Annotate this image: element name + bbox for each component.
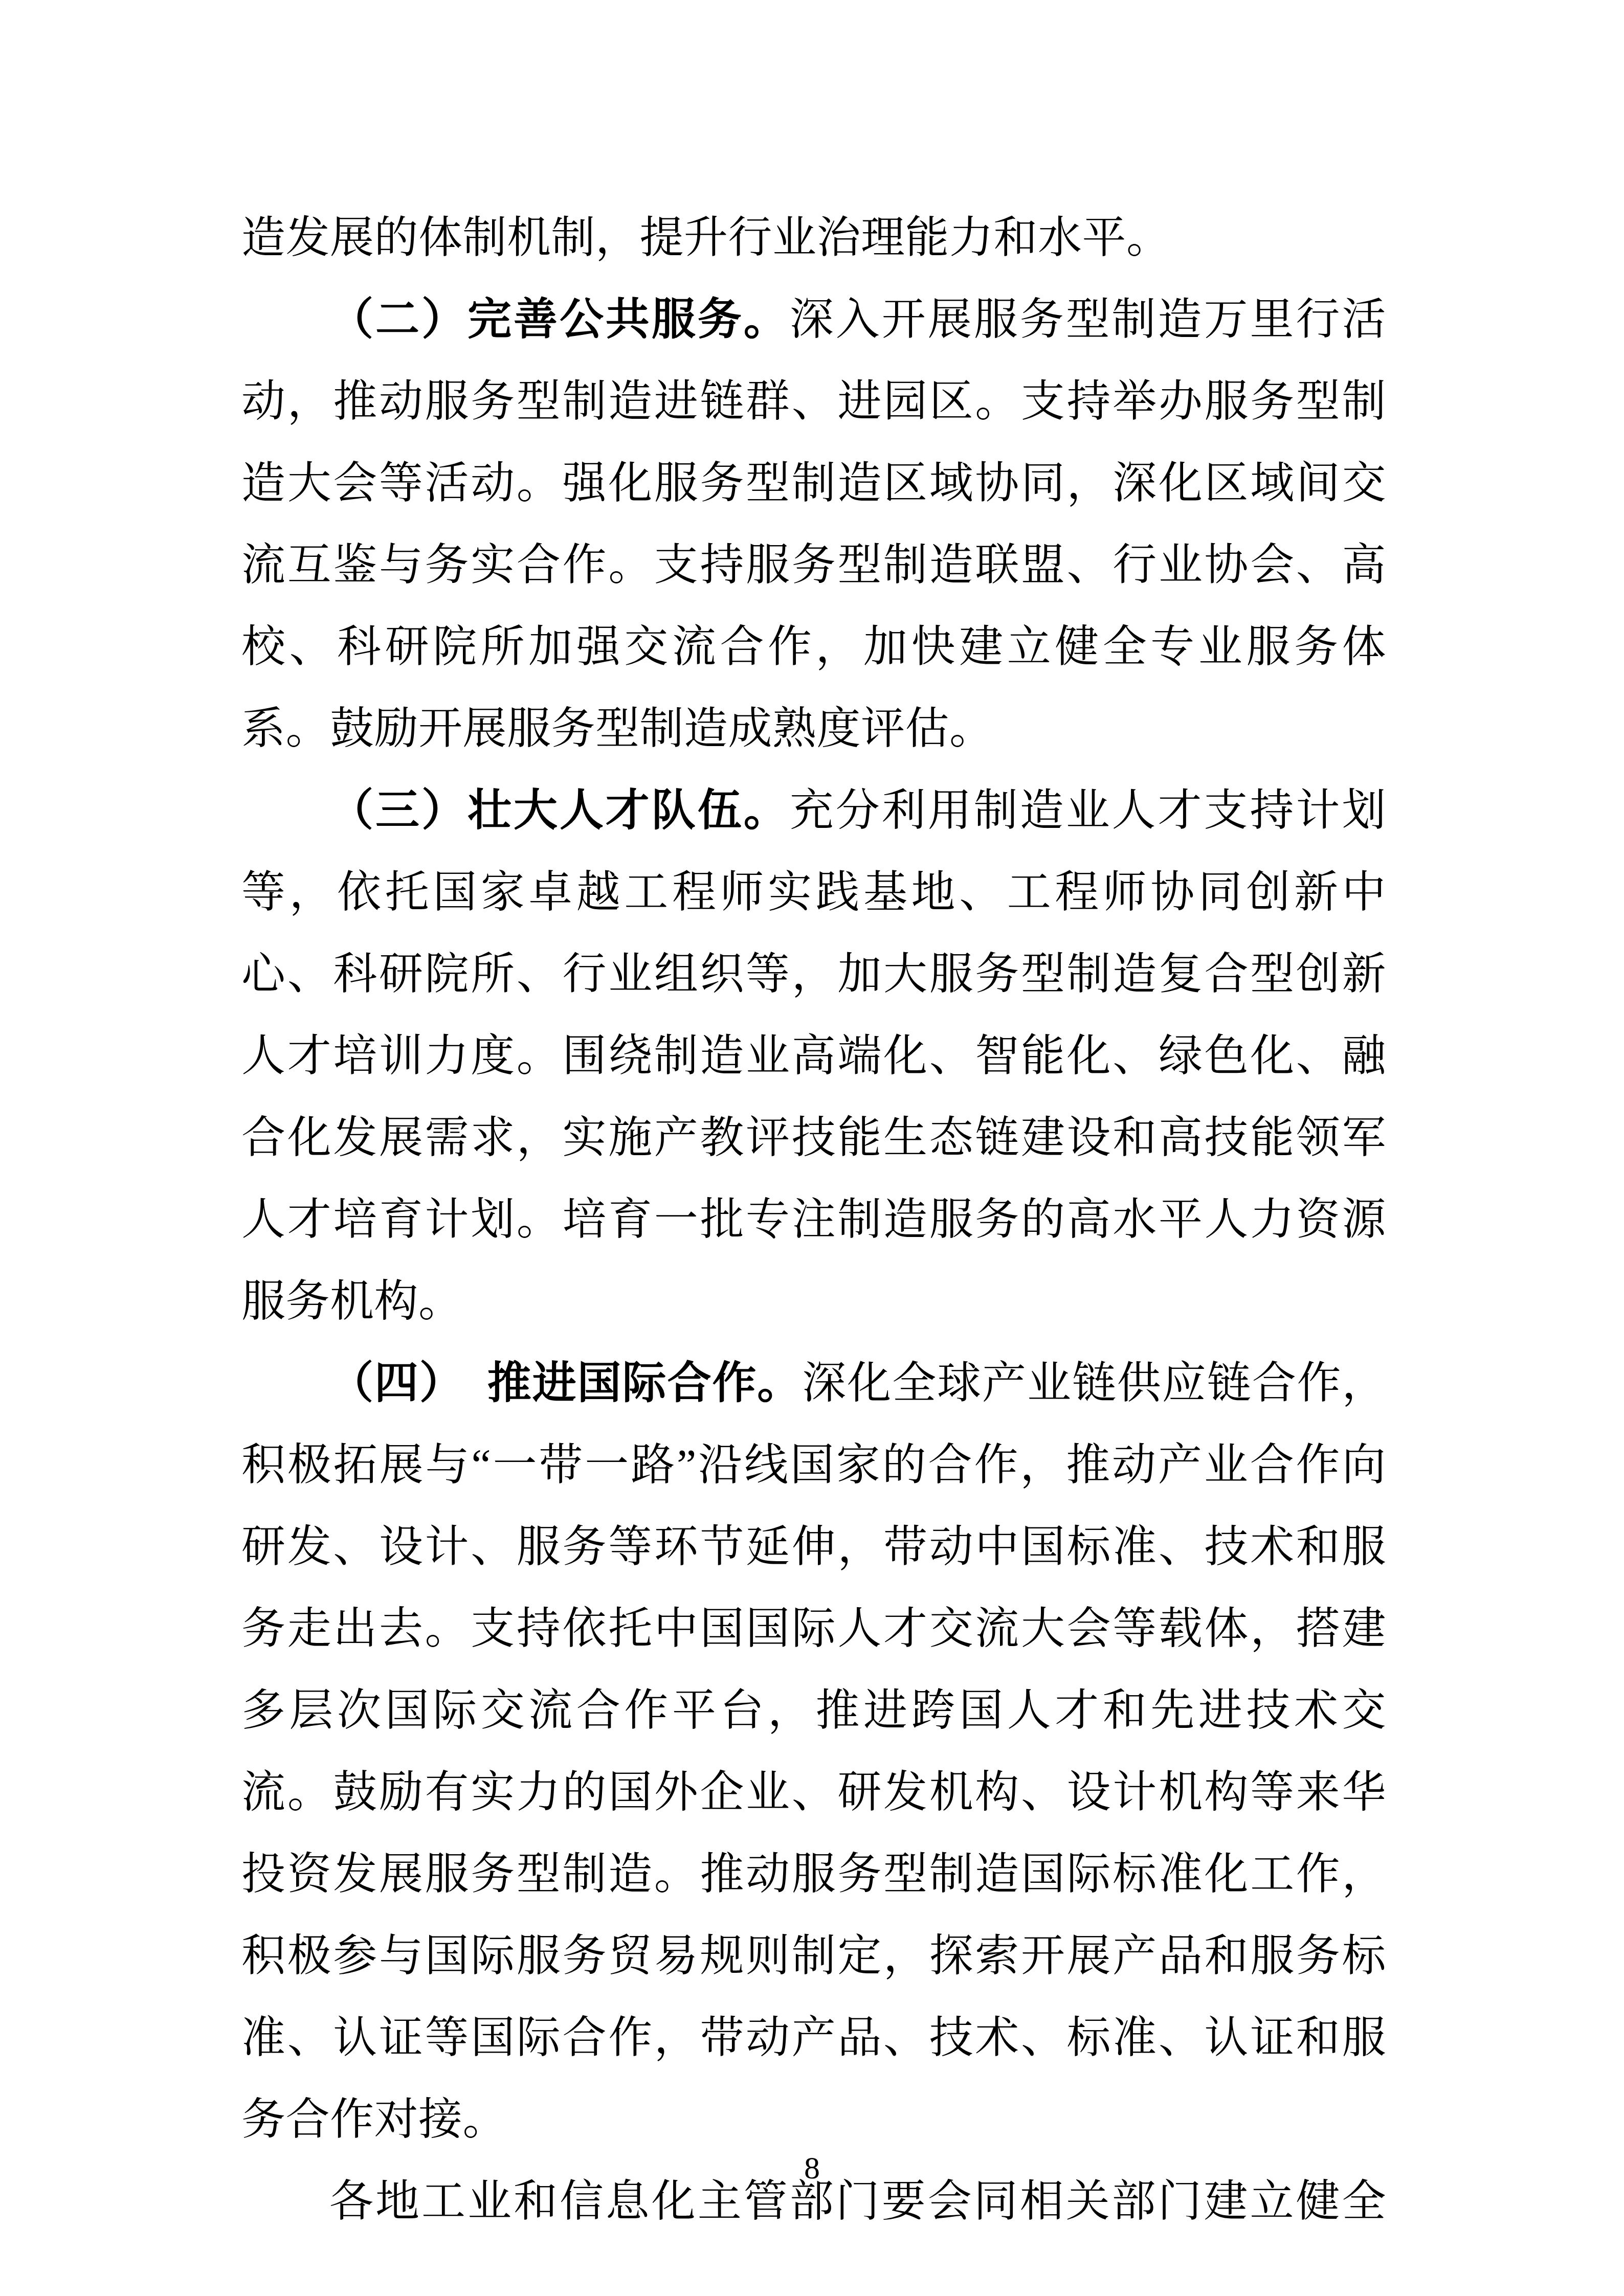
paragraph-text: 深入开展服务型制造万里行活动，推动服务型制造进链群、进园区。支持举办服务型制造大…	[241, 295, 1386, 753]
paragraph: （四） 推进国际合作。深化全球产业链供应链合作，积极拓展与“一带一路”沿线国家的…	[241, 1342, 1386, 2160]
document-page: 造发展的体制机制，提升行业治理能力和水平。（二）完善公共服务。深入开展服务型制造…	[0, 0, 1624, 2296]
section-heading: （二）完善公共服务。	[329, 295, 790, 344]
paragraph-text: 深化全球产业链供应链合作，积极拓展与“一带一路”沿线国家的合作，推动产业合作向研…	[241, 1359, 1386, 2144]
section-heading: （四） 推进国际合作。	[329, 1359, 802, 1408]
page-number: 8	[0, 2148, 1624, 2189]
paragraph: （二）完善公共服务。深入开展服务型制造万里行活动，推动服务型制造进链群、进园区。…	[241, 279, 1386, 770]
paragraph: 造发展的体制机制，提升行业治理能力和水平。	[241, 197, 1386, 279]
paragraph: （三）壮大人才队伍。充分利用制造业人才支持计划等，依托国家卓越工程师实践基地、工…	[241, 770, 1386, 1342]
document-body: 造发展的体制机制，提升行业治理能力和水平。（二）完善公共服务。深入开展服务型制造…	[241, 197, 1386, 2242]
paragraph-text: 造发展的体制机制，提升行业治理能力和水平。	[241, 213, 1171, 262]
section-heading: （三）壮大人才队伍。	[329, 786, 790, 835]
paragraph-text: 充分利用制造业人才支持计划等，依托国家卓越工程师实践基地、工程师协同创新中心、科…	[241, 786, 1386, 1326]
